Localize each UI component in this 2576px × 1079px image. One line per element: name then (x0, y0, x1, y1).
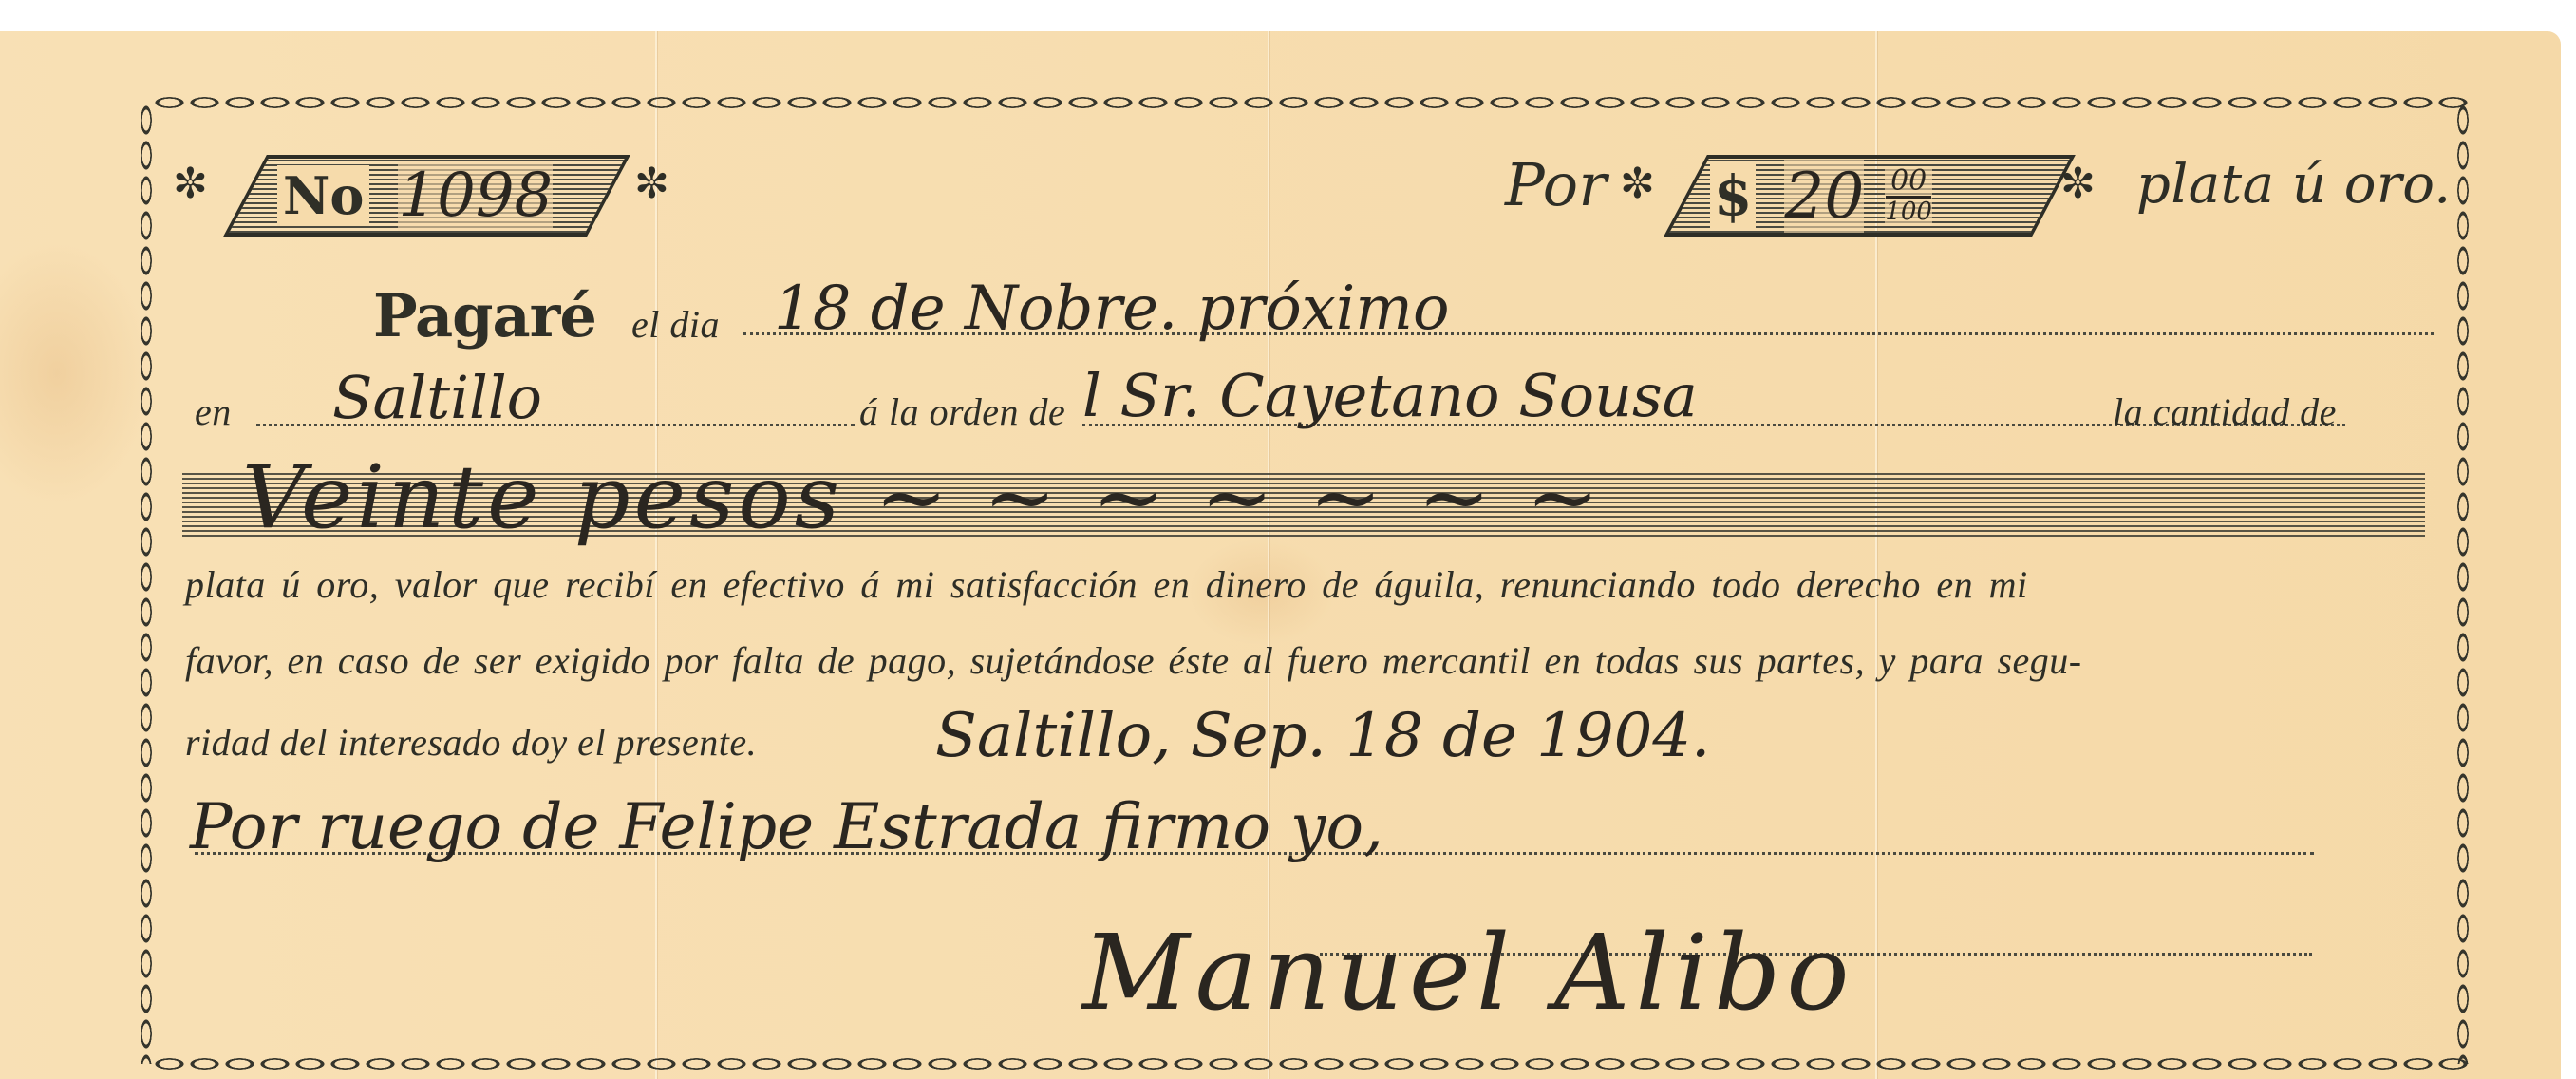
ornament-flower-icon: ✼ (634, 163, 669, 205)
number-plaque: No 1098 (223, 155, 630, 237)
label-orden: á la orden de (859, 389, 1065, 434)
ornament-flower-icon: ✼ (1620, 163, 1655, 205)
number-value: 1098 (398, 161, 553, 231)
ornament-flower-icon: ✼ (173, 163, 208, 205)
date-handwritten: Saltillo, Sep. 18 de 1904. (935, 701, 1710, 771)
due-date-handwritten: 18 de Nobre. próximo (774, 274, 1450, 344)
label-el-dia: el dia (631, 302, 720, 347)
body-line-1: plata ú oro, valor que recibí en efectiv… (185, 562, 2028, 607)
amount-plaque: $ 20 00 100 (1664, 155, 2076, 237)
number-label: No (277, 165, 369, 226)
chain-border-bottom (152, 1056, 2469, 1071)
amount-prefix: Por (1505, 150, 1608, 219)
chain-border-top (152, 95, 2469, 110)
document-title: Pagaré (373, 281, 596, 350)
currency-symbol: $ (1710, 163, 1756, 228)
ornament-flower-icon: ✼ (2060, 163, 2096, 205)
body-line-2: favor, en caso de ser exigido por falta … (185, 638, 2082, 683)
amount-cents: 00 (1890, 167, 1927, 196)
amount-suffix: plata ú oro. (2136, 154, 2452, 216)
payee-handwritten: l Sr. Cayetano Sousa (1082, 361, 1698, 430)
body-line-3: ridad del interesado doy el presente. (185, 720, 757, 765)
chain-border-right (2455, 103, 2471, 1064)
proxy-handwritten: Por ruego de Felipe Estrada firmo yo, (190, 790, 1383, 863)
label-cantidad: la cantidad de (2113, 389, 2337, 434)
signature-handwritten: Manuel Alibo (1082, 912, 1855, 1033)
amount-cents-fraction: 00 100 (1885, 167, 1932, 225)
amount-denominator: 100 (1885, 199, 1932, 225)
amount-words-handwritten: Veinte pesos ~ ~ ~ ~ ~ ~ ~ (242, 446, 1603, 548)
amount-value: 20 (1784, 160, 1864, 233)
label-en: en (195, 389, 232, 434)
place-handwritten: Saltillo (332, 363, 542, 432)
chain-border-left (139, 103, 154, 1064)
